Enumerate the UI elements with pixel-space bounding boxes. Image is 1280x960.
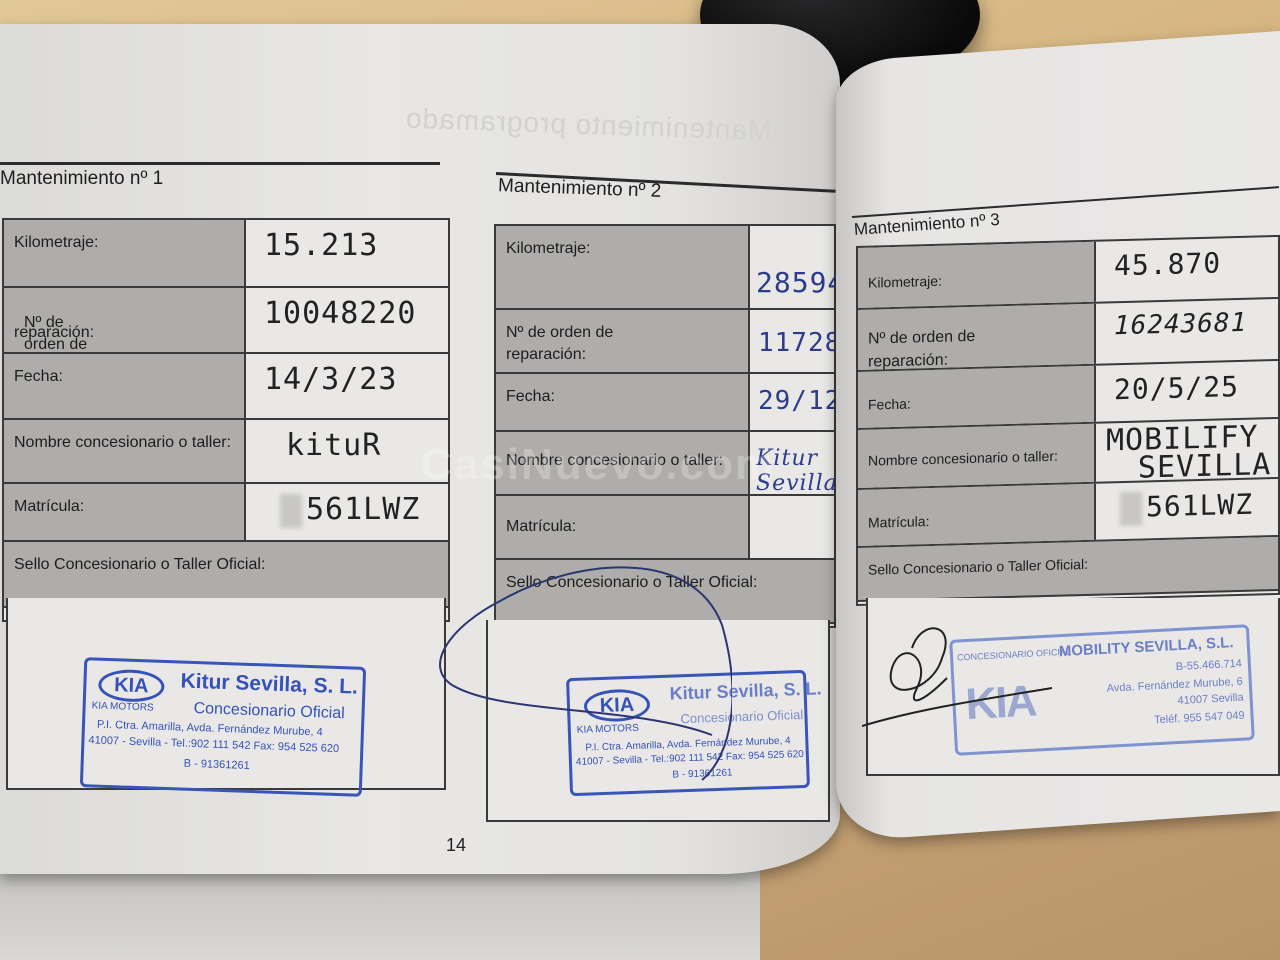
label-nombre: Nombre concesionario o taller:: [868, 445, 1058, 472]
pen-signature-loop-icon: [432, 555, 732, 785]
kia-logo-icon: KIA: [98, 669, 165, 703]
stamp-company: MOBILITY SEVILLA, S.L.: [1058, 634, 1233, 660]
value-orden: 10048220: [264, 296, 417, 331]
row-kilometraje: Kilometraje: 45.870: [858, 237, 1278, 310]
dealer-stamp-1: KIA KIA MOTORS Kitur Sevilla, S. L. Conc…: [80, 657, 366, 797]
value-matricula: 561LWZ: [306, 492, 420, 527]
label-kilometraje: Kilometraje:: [506, 238, 590, 260]
label-fecha: Fecha:: [868, 393, 911, 416]
stamp-company: Kitur Sevilla, S. L.: [180, 669, 358, 699]
row-sello: Sello Concesionario o Taller Oficial:: [858, 537, 1278, 602]
row-orden: Nº de orden dereparación: 117283…: [496, 310, 834, 374]
label-sello: Sello Concesionario o Taller Oficial:: [14, 556, 265, 574]
value-nombre: kituR: [286, 428, 381, 463]
ghost-heading: Mantenimiento programado: [405, 103, 772, 148]
maintenance-3-form: Kilometraje: 45.870 Nº de orden derepara…: [856, 235, 1280, 606]
redacted-plate-prefix: [1120, 492, 1142, 527]
row-kilometraje: Kilometraje: 28594: [496, 226, 834, 310]
row-fecha: Fecha: 29/12/20…: [496, 374, 834, 432]
label-matricula: Matrícula:: [14, 496, 84, 518]
label-kilometraje: Kilometraje:: [868, 270, 942, 294]
value-orden: 16243681: [1114, 308, 1247, 341]
row-orden: Nº de orden dereparación: 10048220: [4, 288, 448, 354]
row-matricula: Matrícula:: [496, 496, 834, 560]
value-matricula: 561LWZ: [1146, 488, 1253, 524]
label-matricula: Matrícula:: [506, 516, 576, 538]
value-fecha: 29/12/20…: [758, 386, 834, 416]
section-1-rule: [0, 162, 440, 165]
label-fecha: Fecha:: [506, 386, 555, 408]
label-orden-2: reparación:: [506, 346, 586, 363]
section-1-title: Mantenimiento nº 1: [0, 168, 163, 190]
label-nombre: Nombre concesionario o taller:: [14, 432, 231, 454]
label-kilometraje: Kilometraje:: [14, 232, 98, 254]
label-matricula: Matrícula:: [868, 510, 929, 534]
handwritten-signature-icon: [862, 618, 1062, 728]
label-fecha: Fecha:: [14, 366, 63, 388]
value-kilometraje: 45.870: [1114, 246, 1221, 282]
section-1: Mantenimiento nº 1: [0, 168, 163, 190]
row-nombre: Nombre concesionario o taller: MOBILIFY …: [858, 419, 1278, 490]
value-fecha: 20/5/25: [1114, 370, 1239, 406]
label-sello: Sello Concesionario o Taller Oficial:: [868, 556, 1088, 578]
value-kilometraje: 28594: [756, 266, 845, 299]
redacted-plate-prefix: [280, 494, 302, 528]
value-fecha: 14/3/23: [264, 362, 397, 397]
row-matricula: Matrícula: 561LWZ: [4, 484, 448, 542]
maintenance-1-form: Kilometraje: 15.213 Nº de orden derepara…: [2, 218, 450, 622]
label-orden-1: Nº de orden de: [868, 328, 975, 348]
page-number: 14: [446, 835, 466, 856]
row-nombre: Nombre concesionario o taller: kituR: [4, 420, 448, 484]
row-kilometraje: Kilometraje: 15.213: [4, 220, 448, 288]
label-orden-2: reparación:: [868, 352, 948, 371]
value-orden: 117283…: [758, 328, 834, 358]
label-orden-1: Nº de orden de: [24, 312, 94, 356]
row-fecha: Fecha: 14/3/23: [4, 354, 448, 420]
watermark: CasiNuevo.com: [420, 440, 776, 490]
value-kilometraje: 15.213: [264, 228, 378, 263]
label-orden-1: Nº de orden de: [506, 324, 613, 341]
row-orden: Nº de orden dereparación: 16243681: [858, 299, 1278, 372]
